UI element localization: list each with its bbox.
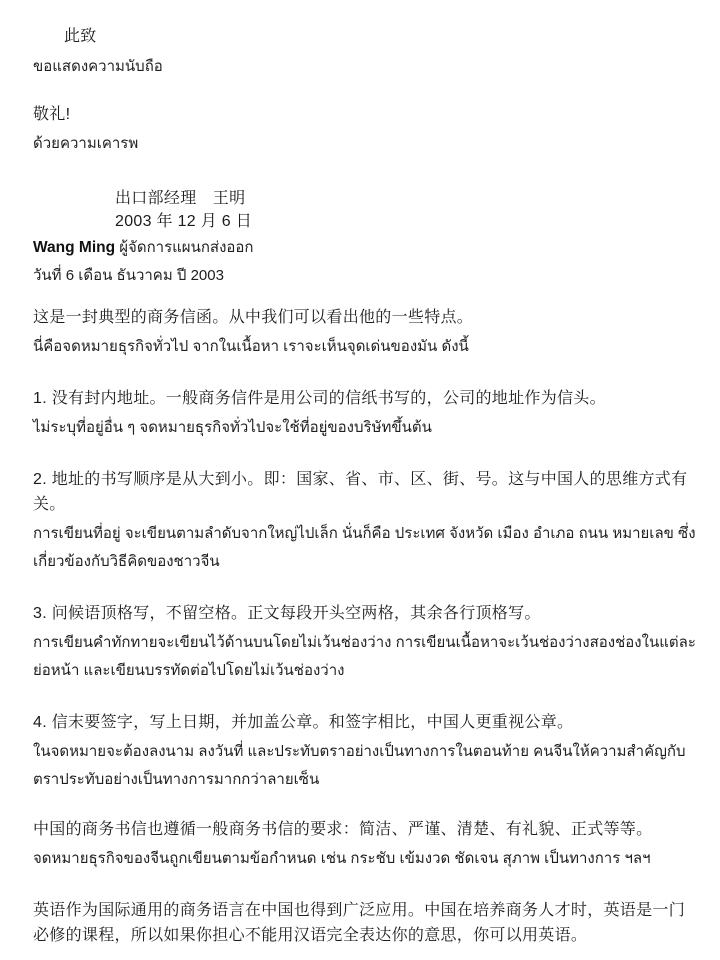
point-item: 1. 没有封内地址。一般商务信件是用公司的信纸书写的，公司的地址作为信头。 ไม… (33, 386, 706, 442)
intro-th: นี่คือจดหมายธุรกิจทั่วไป จากในเนื้อหา เร… (33, 333, 706, 361)
point-th: การเขียนคำทักทายจะเขียนไว้ด้านบนโดยไม่เว… (33, 629, 706, 685)
summary-zh: 中国的商务书信也遵循一般商务书信的要求：简洁、严谨、清楚、有礼貌、正式等等。 (33, 817, 706, 842)
signature-name-title-line: Wang Ming ผู้จัดการแผนกส่งออก (33, 235, 706, 261)
closing-jingli-zh: 敬礼! (33, 102, 706, 127)
english-note-zh: 英语作为国际通用的商务语言在中国也得到广泛应用。中国在培养商务人才时，英语是一门… (33, 898, 701, 948)
points-list: 1. 没有封内地址。一般商务信件是用公司的信纸书写的，公司的地址作为信头。 ไม… (33, 386, 706, 794)
closing-cizhi-th: ขอแสดงความนับถือ (33, 53, 706, 81)
point-th: การเขียนที่อยู่ จะเขียนตามลำดับจากใหญ่ไป… (33, 520, 706, 576)
point-zh: 1. 没有封内地址。一般商务信件是用公司的信纸书写的，公司的地址作为信头。 (33, 386, 706, 411)
signature-date-th: วันที่ 6 เดือน ธันวาคม ปี 2003 (33, 263, 706, 289)
closing-jingli-th: ด้วยความเคารพ (33, 130, 706, 158)
point-th: ไม่ระบุที่อยู่อื่น ๆ จดหมายธุรกิจทั่วไปจ… (33, 414, 706, 442)
point-th: ในจดหมายจะต้องลงนาม ลงวันที่ และประทับตร… (33, 738, 706, 794)
summary-th: จดหมายธุรกิจของจีนถูกเขียนตามข้อกำหนด เช… (33, 845, 706, 873)
point-zh: 3. 问候语顶格写，不留空格。正文每段开头空两格，其余各行顶格写。 (33, 601, 706, 626)
document-page: 此致 ขอแสดงความนับถือ 敬礼! ด้วยความเคารพ 出口… (0, 0, 720, 960)
signature-title-th: ผู้จัดการแผนกส่งออก (119, 239, 253, 256)
point-item: 3. 问候语顶格写，不留空格。正文每段开头空两格，其余各行顶格写。 การเขี… (33, 601, 706, 685)
closing-cizhi-zh: 此致 (64, 24, 706, 49)
point-item: 2. 地址的书写顺序是从大到小。即：国家、省、市、区、街、号。这与中国人的思维方… (33, 467, 706, 576)
signature-name-latin: Wang Ming (33, 239, 115, 256)
intro-zh: 这是一封典型的商务信函。从中我们可以看出他的一些特点。 (33, 305, 706, 330)
point-item: 4. 信末要签字，写上日期，并加盖公章。和签字相比，中国人更重视公章。 ในจด… (33, 710, 706, 794)
point-zh: 2. 地址的书写顺序是从大到小。即：国家、省、市、区、街、号。这与中国人的思维方… (33, 467, 706, 517)
point-zh: 4. 信末要签字，写上日期，并加盖公章。和签字相比，中国人更重视公章。 (33, 710, 706, 735)
signature-title-name-zh: 出口部经理 王明 (115, 187, 706, 210)
signature-date-zh: 2003 年 12 月 6 日 (115, 210, 706, 233)
